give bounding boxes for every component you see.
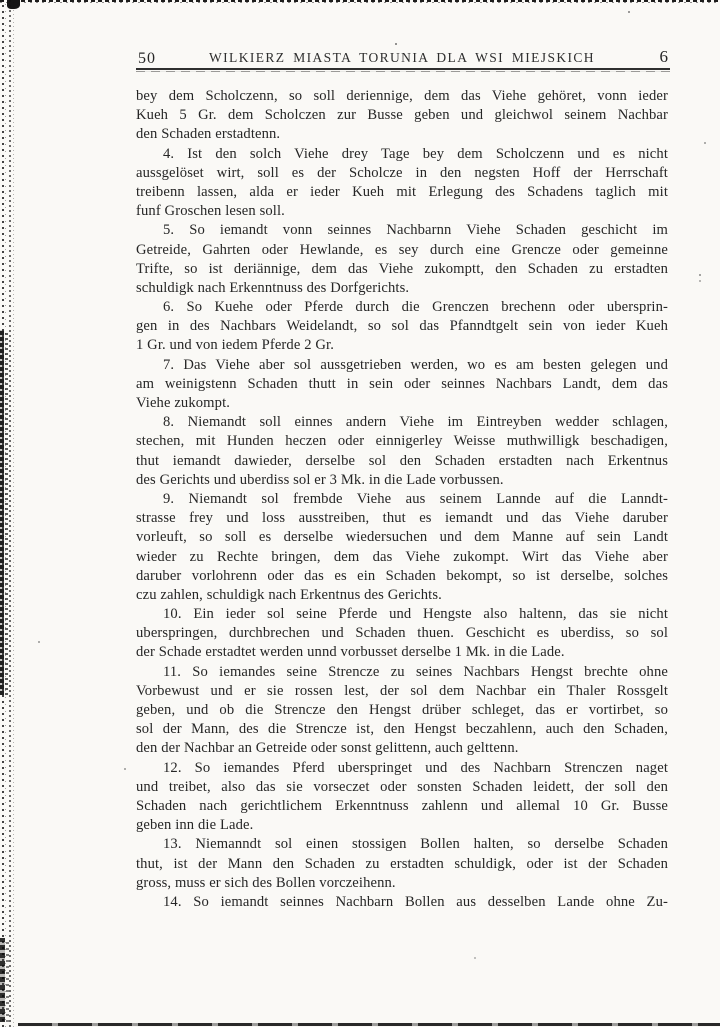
text-line: 9. Niemandt sol frembde Viehe aus seinem… xyxy=(136,490,668,509)
paragraph: 6. So Kuehe oder Pferde durch die Grencz… xyxy=(136,298,668,356)
text-line: Viehe zukompt. xyxy=(136,394,668,413)
header-rule xyxy=(136,68,670,72)
scan-specks xyxy=(0,0,2,2)
paragraph: 10. Ein ieder sol seine Pferde und Hengs… xyxy=(136,605,668,663)
text-line: 7. Das Viehe aber sol aussgetrieben werd… xyxy=(136,356,668,375)
text-line: 8. Niemandt soll einnes andern Viehe im … xyxy=(136,413,668,432)
text-line: Kueh 5 Gr. dem Scholczen zur Busse geben… xyxy=(136,106,668,125)
text-line: stechen, mit Hunden heczen oder einniger… xyxy=(136,432,668,451)
text-line: 14. So iemandt seinnes Nachbarn Bollen a… xyxy=(136,893,668,912)
text-line: den Schaden erstadtenn. xyxy=(136,125,668,144)
paragraph: bey dem Scholczenn, so soll deriennige, … xyxy=(136,87,668,145)
text-line: geben inn die Lade. xyxy=(136,816,668,835)
paragraph: 4. Ist den solch Viehe drey Tage bey dem… xyxy=(136,145,668,222)
scan-edge-left-dense xyxy=(0,330,10,695)
text-line: czu zahlen, schuldigk nach Erkentnus des… xyxy=(136,586,668,605)
paragraph: 7. Das Viehe aber sol aussgetrieben werd… xyxy=(136,356,668,414)
text-line: 4. Ist den solch Viehe drey Tage bey dem… xyxy=(136,145,668,164)
text-line: wieder zu Rechte bringen, dem das Viehe … xyxy=(136,548,668,567)
paragraph: 8. Niemandt soll einnes andern Viehe im … xyxy=(136,413,668,490)
running-title: WILKIERZ MIASTA TORUNIA DLA WSI MIEJSKIC… xyxy=(136,50,668,66)
text-line: 12. So iemandes Pferd uberspringet und d… xyxy=(136,759,668,778)
text-line: schuldigk nach Erkenntnuss des Dorfgeric… xyxy=(136,279,668,298)
text-block: bey dem Scholczenn, so soll deriennige, … xyxy=(136,87,668,912)
text-line: treibenn lassen, alda er ieder Kueh mit … xyxy=(136,183,668,202)
text-line: und treibet, also das sie vorseczet oder… xyxy=(136,778,668,797)
text-line: gross, muss er sich des Bollen vorczeihe… xyxy=(136,874,668,893)
scan-edge-top xyxy=(0,0,720,4)
text-line: Trifte, so ist deriännige, dem das Viehe… xyxy=(136,260,668,279)
paragraph: 12. So iemandes Pferd uberspringet und d… xyxy=(136,759,668,836)
text-line: 11. So iemandes seine Strencze zu seines… xyxy=(136,663,668,682)
text-line: 10. Ein ieder sol seine Pferde und Hengs… xyxy=(136,605,668,624)
text-line: der Schade erstadtet werden unnd vorbuss… xyxy=(136,643,668,662)
paragraph: 11. So iemandes seine Strencze zu seines… xyxy=(136,663,668,759)
text-line: bey dem Scholczenn, so soll deriennige, … xyxy=(136,87,668,106)
text-line: thut, ist der Mann den Schaden zu erstad… xyxy=(136,855,668,874)
text-line: gen in des Nachbars Weidelandt, so sol d… xyxy=(136,317,668,336)
text-line: den der Nachbar an Getreide oder sonst g… xyxy=(136,739,668,758)
text-line: 5. So iemandt vonn seinnes Nachbarnn Vie… xyxy=(136,221,668,240)
scan-smudge-bottom-left xyxy=(0,938,11,1022)
text-line: aussgelöset wirt, soll es der Scholcze i… xyxy=(136,164,668,183)
page-number-right: 6 xyxy=(660,47,669,67)
running-header: 50 WILKIERZ MIASTA TORUNIA DLA WSI MIEJS… xyxy=(136,42,668,68)
text-line: uberspringen, durchbrechen und Schaden t… xyxy=(136,624,668,643)
text-line: funf Groschen lesen soll. xyxy=(136,202,668,221)
text-line: Getreide, Gahrten oder Hewlande, es sey … xyxy=(136,241,668,260)
text-line: thut iemandt dawieder, derselbe sol den … xyxy=(136,452,668,471)
text-line: 13. Niemanndt sol einen stossigen Bollen… xyxy=(136,835,668,854)
text-line: geben, und ob die Strencze den Hengst dr… xyxy=(136,701,668,720)
text-line: 1 Gr. und von iedem Pferde 2 Gr. xyxy=(136,336,668,355)
text-line: Vorbewust und er sie rossen lest, der so… xyxy=(136,682,668,701)
paragraph: 14. So iemandt seinnes Nachbarn Bollen a… xyxy=(136,893,668,912)
text-line: 6. So Kuehe oder Pferde durch die Grencz… xyxy=(136,298,668,317)
text-line: daruber vorlohrenn oder das es ein Schad… xyxy=(136,567,668,586)
text-line: vorleuft, so soll es derselbe wiedersuch… xyxy=(136,528,668,547)
scan-edge-bottom xyxy=(18,1023,720,1026)
text-line: des Gerichts und uberdiss sol er 3 Mk. i… xyxy=(136,471,668,490)
text-line: Schaden nach gerichtlichem Erkenntnuss z… xyxy=(136,797,668,816)
text-line: strasse frey und loss ausstreiben, thut … xyxy=(136,509,668,528)
paragraph: 13. Niemanndt sol einen stossigen Bollen… xyxy=(136,835,668,893)
text-line: am weinigstenn Schaden thutt in sein ode… xyxy=(136,375,668,394)
text-line: sol der Mann, des die Strencze ist, den … xyxy=(136,720,668,739)
paragraph: 5. So iemandt vonn seinnes Nachbarnn Vie… xyxy=(136,221,668,298)
paragraph: 9. Niemandt sol frembde Viehe aus seinem… xyxy=(136,490,668,605)
